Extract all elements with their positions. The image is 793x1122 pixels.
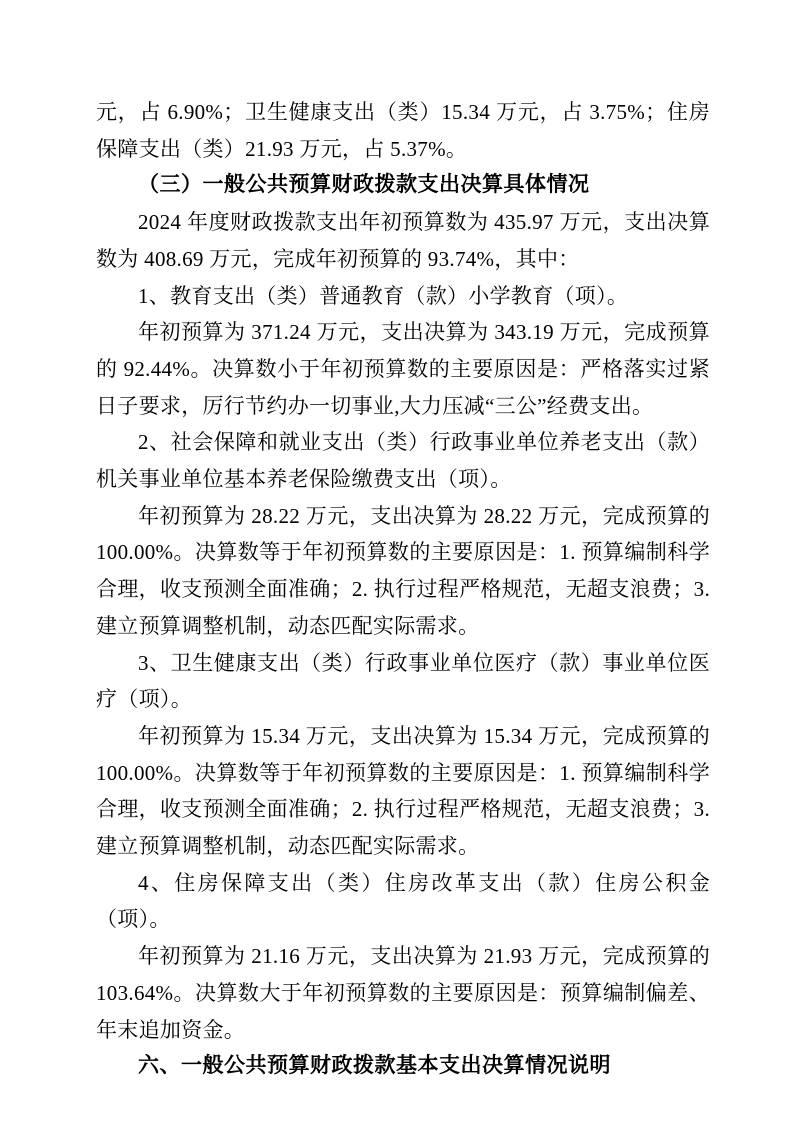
paragraph-item-1-detail: 年初预算为 371.24 万元，支出决算为 343.19 万元，完成预算的 92…	[96, 314, 710, 424]
heading-section-6-basic-expenditure: 六、一般公共预算财政拨款基本支出决算情况说明	[96, 1048, 710, 1085]
paragraph-item-3-detail: 年初预算为 15.34 万元，支出决算为 15.34 万元，完成预算的 100.…	[96, 718, 710, 865]
paragraph-item-4-title-housing: 4、住房保障支出（类）住房改革支出（款）住房公积金（项）。	[96, 865, 710, 938]
paragraph-item-1-title-education: 1、教育支出（类）普通教育（款）小学教育（项）。	[96, 278, 710, 315]
document-page: 元，占 6.90%；卫生健康支出（类）15.34 万元，占 3.75%；住房保障…	[0, 0, 793, 1122]
paragraph-overview-totals: 2024 年度财政拨款支出年初预算数为 435.97 万元，支出决算数为 408…	[96, 204, 710, 277]
paragraph-item-4-detail: 年初预算为 21.16 万元，支出决算为 21.93 万元，完成预算的 103.…	[96, 938, 710, 1048]
paragraph-item-2-detail: 年初预算为 28.22 万元，支出决算为 28.22 万元，完成预算的 100.…	[96, 498, 710, 645]
paragraph-continuation: 元，占 6.90%；卫生健康支出（类）15.34 万元，占 3.75%；住房保障…	[96, 94, 710, 167]
document-content: 元，占 6.90%；卫生健康支出（类）15.34 万元，占 3.75%；住房保障…	[96, 94, 710, 1085]
paragraph-item-2-title-social-security: 2、社会保障和就业支出（类）行政事业单位养老支出（款）机关事业单位基本养老保险缴…	[96, 424, 710, 497]
heading-section-3-expenditure-details: （三）一般公共预算财政拨款支出决算具体情况	[96, 167, 710, 204]
paragraph-item-3-title-health: 3、卫生健康支出（类）行政事业单位医疗（款）事业单位医疗（项）。	[96, 645, 710, 718]
